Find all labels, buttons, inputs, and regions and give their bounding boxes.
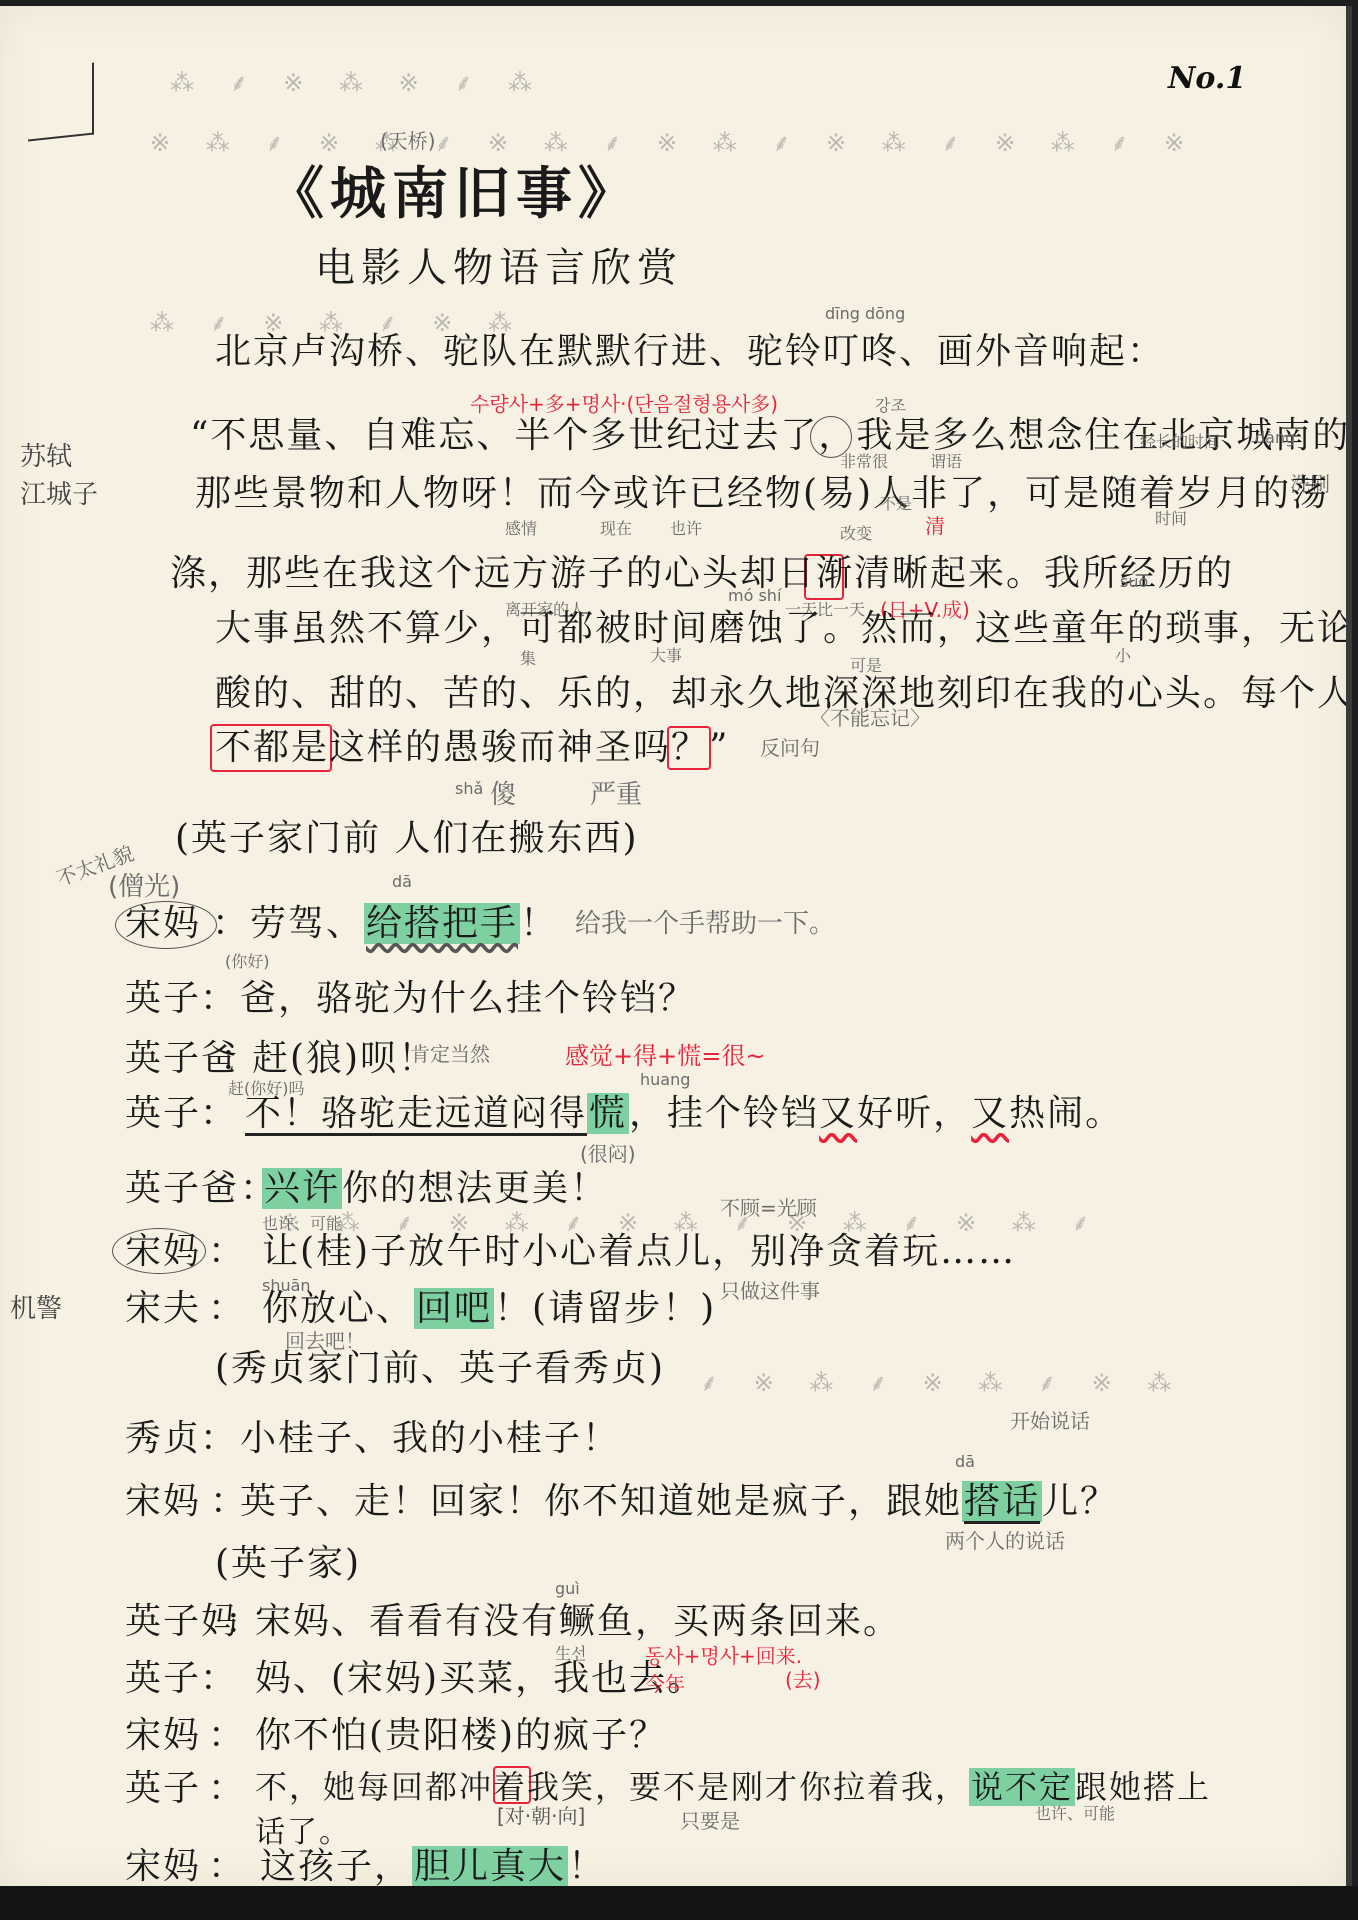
highlighted-phrase: 回吧: [414, 1288, 494, 1329]
scene-direction: (英子家): [215, 1546, 361, 1582]
dialogue-colon: ：: [208, 1718, 246, 1754]
dialogue-colon: ：: [200, 1421, 238, 1457]
document-subtitle: 电影人物语言欣赏: [315, 248, 683, 288]
corner-mark: [28, 63, 94, 142]
scan-bottom-edge: [0, 1886, 1358, 1920]
speaker-name: 英子: [125, 1096, 201, 1132]
dialogue-line: 英子、走！回家！你不知道她是疯子，跟她搭话儿？: [240, 1484, 1118, 1520]
red-correction: 清: [925, 516, 945, 536]
pinyin-annotation: mó shí: [728, 588, 781, 604]
margin-note-seng-guang: (僧光): [108, 874, 180, 900]
intro-line-4: 涤，那些在我这个远方游子的心头却日渐清晰起来。我所经历的: [170, 556, 1234, 592]
dialogue-line: 你不怕(贵阳楼)的疯子？: [255, 1718, 667, 1754]
dialogue-line: 兴许你的想法更美！: [262, 1171, 608, 1207]
pinyin-annotation: dā: [392, 874, 412, 890]
pencil-note: 可是: [850, 658, 882, 674]
pencil-note: 严重: [590, 782, 642, 808]
pinyin-annotation: dīng dōng: [825, 306, 905, 322]
pencil-note: 不是: [880, 496, 912, 512]
speaker-name: 宋妈: [125, 1234, 201, 1270]
dialogue-line: 爸，骆驼为什么挂个铃铛？: [240, 981, 696, 1017]
highlighted-phrase: 说不定: [969, 1768, 1075, 1806]
pencil-note: 给我一个手帮助一下。: [575, 911, 835, 937]
pencil-note: 大事: [650, 648, 682, 664]
pencil-note: 不顾=光顾: [720, 1198, 817, 1218]
dialogue-line: 不！骆驼走远道闷得慌，挂个铃铛又好听，又热闹。: [245, 1096, 1123, 1132]
dialogue-line: 不，她每回都冲着我笑，要不是刚才你拉着我，说不定跟她搭上: [255, 1771, 1211, 1803]
red-boxed-note: [对·朝·向]: [497, 1806, 585, 1826]
pencil-note: 两个人的说话: [945, 1531, 1065, 1551]
speaker-name: 宋妈: [125, 1484, 201, 1520]
title-annotation: (天桥): [380, 131, 436, 151]
intro-line-6: 酸的、甜的、苦的、乐的，却永久地深深地刻印在我的心头。每个人的童年: [215, 676, 1352, 712]
red-grammar-note: 今年: [645, 1674, 685, 1694]
red-grammar-note: (去): [785, 1670, 821, 1690]
dialogue-line: 妈、(宋妈)买菜，我也去。: [255, 1661, 705, 1697]
speaker-name: 宋妈: [125, 906, 201, 942]
pencil-note: (很闷): [580, 1144, 636, 1164]
intro-line-7: 不都是这样的愚骏而神圣吗？”: [215, 730, 729, 766]
dialogue-line: 小桂子、我的小桂子！: [240, 1421, 620, 1457]
highlighted-phrase: 搭话: [962, 1481, 1042, 1522]
speaker-name: 英子: [125, 1771, 201, 1807]
pencil-note: 小: [1115, 648, 1131, 664]
intro-line-3: 那些景物和人物呀！而今或许已经物(易)人非了，可是随着岁月的荡: [195, 476, 1329, 512]
speaker-name: 秀贞: [125, 1421, 201, 1457]
dialogue-colon: ：: [208, 1291, 246, 1327]
dialogue-colon: ：: [208, 1771, 246, 1807]
pencil-note: 谓语: [930, 454, 962, 470]
pencil-note-emphasis: 강조: [875, 398, 906, 414]
highlighted-phrase: 胆儿真大: [412, 1846, 568, 1886]
pinyin-annotation: suǒ: [1120, 574, 1148, 590]
speaker-name: 宋妈: [125, 1849, 201, 1885]
speaker-name: 英子: [125, 1661, 201, 1697]
scene-direction: (秀贞家门前、英子看秀贞): [215, 1351, 665, 1387]
pencil-note: 集: [520, 651, 536, 667]
pencil-note: 感情: [505, 521, 537, 537]
pencil-note: 也许、可能: [262, 1216, 342, 1232]
page-number: No.1: [1168, 64, 1246, 94]
speaker-name: 宋妈: [125, 1718, 201, 1754]
highlighted-phrase: 给搭把手: [364, 903, 520, 944]
bleed-through-text: ⁂ ⸙ ※ ⁂ ※ ⸙ ⁂: [170, 66, 546, 99]
dialogue-line-continued: 话了。: [255, 1818, 351, 1848]
pencil-note: dàng: [1255, 430, 1295, 446]
bleed-through-text: ⸙ ※ ⁂ ⸙ ※ ⁂ ⸙ ※ ⁂: [700, 1366, 1185, 1399]
dialogue-line: 宋妈、看看有没有鳜鱼，买两条回来。: [255, 1604, 901, 1640]
margin-note-jiang-cheng-zi: 江城子: [20, 482, 98, 508]
dialogue-colon: ：: [212, 906, 250, 942]
pinyin-annotation: dā: [955, 1454, 975, 1470]
pencil-note: 傻: [490, 782, 516, 808]
pencil-note: 反问句: [760, 738, 820, 758]
pencil-note: 〈不能忘记〉: [810, 708, 930, 728]
pencil-note: 也许、可能: [1035, 1806, 1115, 1822]
dialogue-line: 这孩子，胆儿真大！: [260, 1849, 606, 1885]
pencil-note: 肯定当然: [410, 1044, 490, 1064]
pencil-note: 改变: [840, 526, 872, 542]
red-grammar-note: 수량사+多+명사·(단음절형용사多): [470, 394, 778, 414]
dialogue-colon: ：: [200, 981, 238, 1017]
dialogue-colon: ：: [208, 1849, 246, 1885]
speaker-name: 英子: [125, 981, 201, 1017]
margin-note-su-shi: 苏轼: [20, 444, 72, 470]
pencil-note: 也许: [670, 521, 702, 537]
dialogue-line: 让(桂)子放午时小心着点儿，别净贪着玩……: [262, 1234, 1016, 1270]
highlighted-phrase: 慌: [587, 1093, 629, 1134]
pinyin-annotation: huang: [640, 1072, 690, 1088]
document-page: ⁂ ⸙ ※ ⁂ ※ ⸙ ⁂ ※ ⁂ ⸙ ※ ⁂ ⸙ ※ ⁂ ⸙ ※ ⁂ ⸙ ※ …: [0, 6, 1352, 1886]
margin-note-ji-jing: 机警: [10, 1296, 62, 1322]
pencil-note: 只做这件事: [720, 1281, 820, 1301]
dialogue-line: 赶(狼)呗！: [252, 1041, 436, 1077]
pencil-note: 现在: [600, 521, 632, 537]
pencil-note: 非常很: [840, 454, 888, 470]
document-title: 《城南旧事》: [268, 166, 640, 222]
dialogue-colon: ：: [208, 1234, 246, 1270]
red-grammar-note: 感觉+得+慌=很~: [565, 1044, 765, 1068]
speaker-name: 宋夫: [125, 1291, 201, 1327]
dialogue-line: 你放心、回吧！(请留步！): [262, 1291, 716, 1327]
scene-direction: (英子家门前 人们在搬东西): [175, 821, 639, 857]
highlighted-phrase: 兴许: [262, 1168, 342, 1209]
pencil-note: 开始说话: [1010, 1411, 1090, 1431]
speaker-name: 英子妈: [125, 1604, 239, 1640]
dialogue-line: 劳驾、给搭把手！: [250, 906, 558, 942]
dialogue-colon: ：: [200, 1661, 238, 1697]
pencil-note: (你好): [225, 954, 270, 970]
bleed-through-text: ※ ⁂ ⸙ ※ ⁂ ⸙ ※ ⁂ ⸙ ※ ⁂ ⸙ ※ ⁂ ⸙ ※ ⁂ ⸙ ※: [150, 126, 1198, 159]
pencil-note: 经长的时间: [1140, 434, 1220, 450]
pencil-note: 时间: [1155, 511, 1187, 527]
intro-line-5: 大事虽然不算少，可都被时间磨蚀了。然而，这些童年的琐事，无论是: [215, 611, 1352, 647]
pinyin-annotation: shǎ: [455, 781, 483, 797]
pencil-note: 只要是: [680, 1811, 740, 1831]
intro-line-1: 北京卢沟桥、驼队在默默行进、驼铃叮咚、画外音响起：: [215, 334, 1165, 370]
dialogue-colon: ：: [200, 1096, 238, 1132]
pinyin-annotation: guì: [555, 1581, 580, 1597]
speaker-name: 英子爸: [125, 1171, 239, 1207]
